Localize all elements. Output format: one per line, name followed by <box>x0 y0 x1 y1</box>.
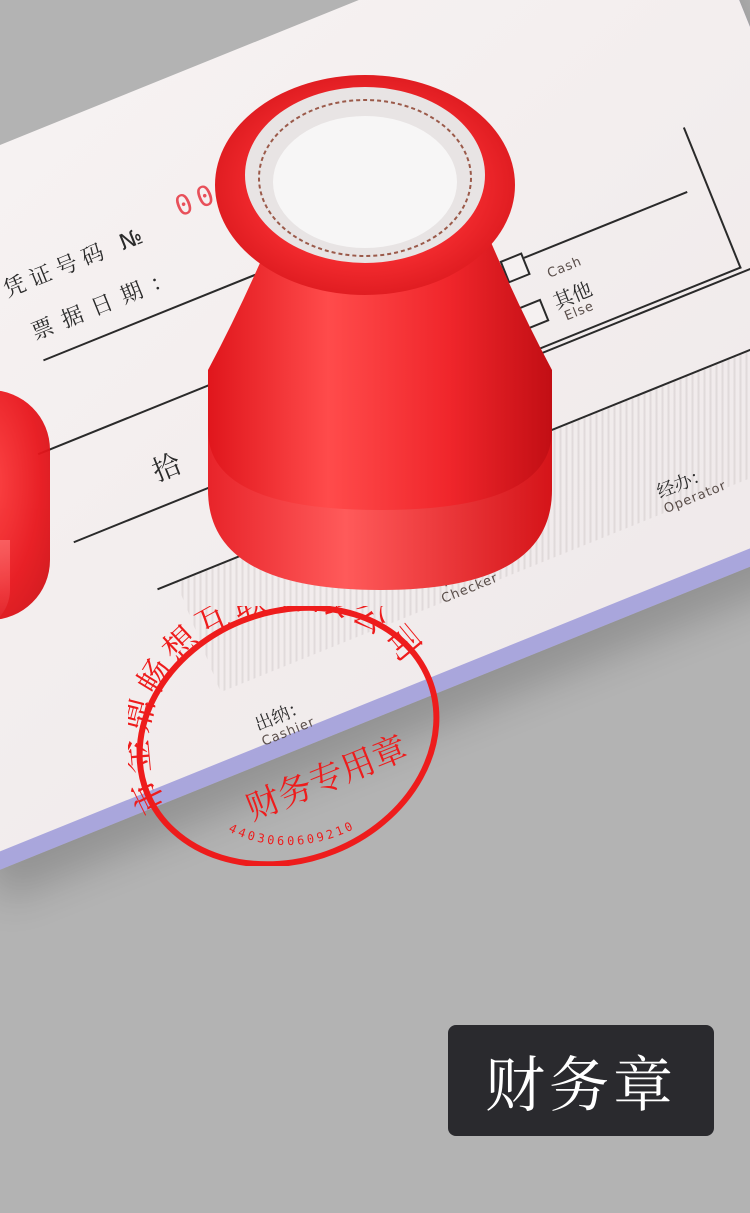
stamp-handle <box>200 70 560 590</box>
badge-label: 财务章 <box>485 1038 677 1124</box>
seal-inner-text: 财务专用章 <box>240 728 413 829</box>
seal-code: 4403060609210 <box>227 818 358 848</box>
svg-text:4403060609210: 4403060609210 <box>227 818 358 848</box>
second-stamp-handle <box>0 390 50 620</box>
product-photo: 凭证号码 № 0067631 票据日期： 拾 元 角 分 ¥ 其他 Else C… <box>0 0 750 1213</box>
unit-shi: 拾 <box>146 442 187 490</box>
category-badge: 财务章 <box>448 1025 714 1136</box>
company-seal: 市金鼎畅想互联有限公司 财务专用章 4403060609210 <box>128 606 448 866</box>
